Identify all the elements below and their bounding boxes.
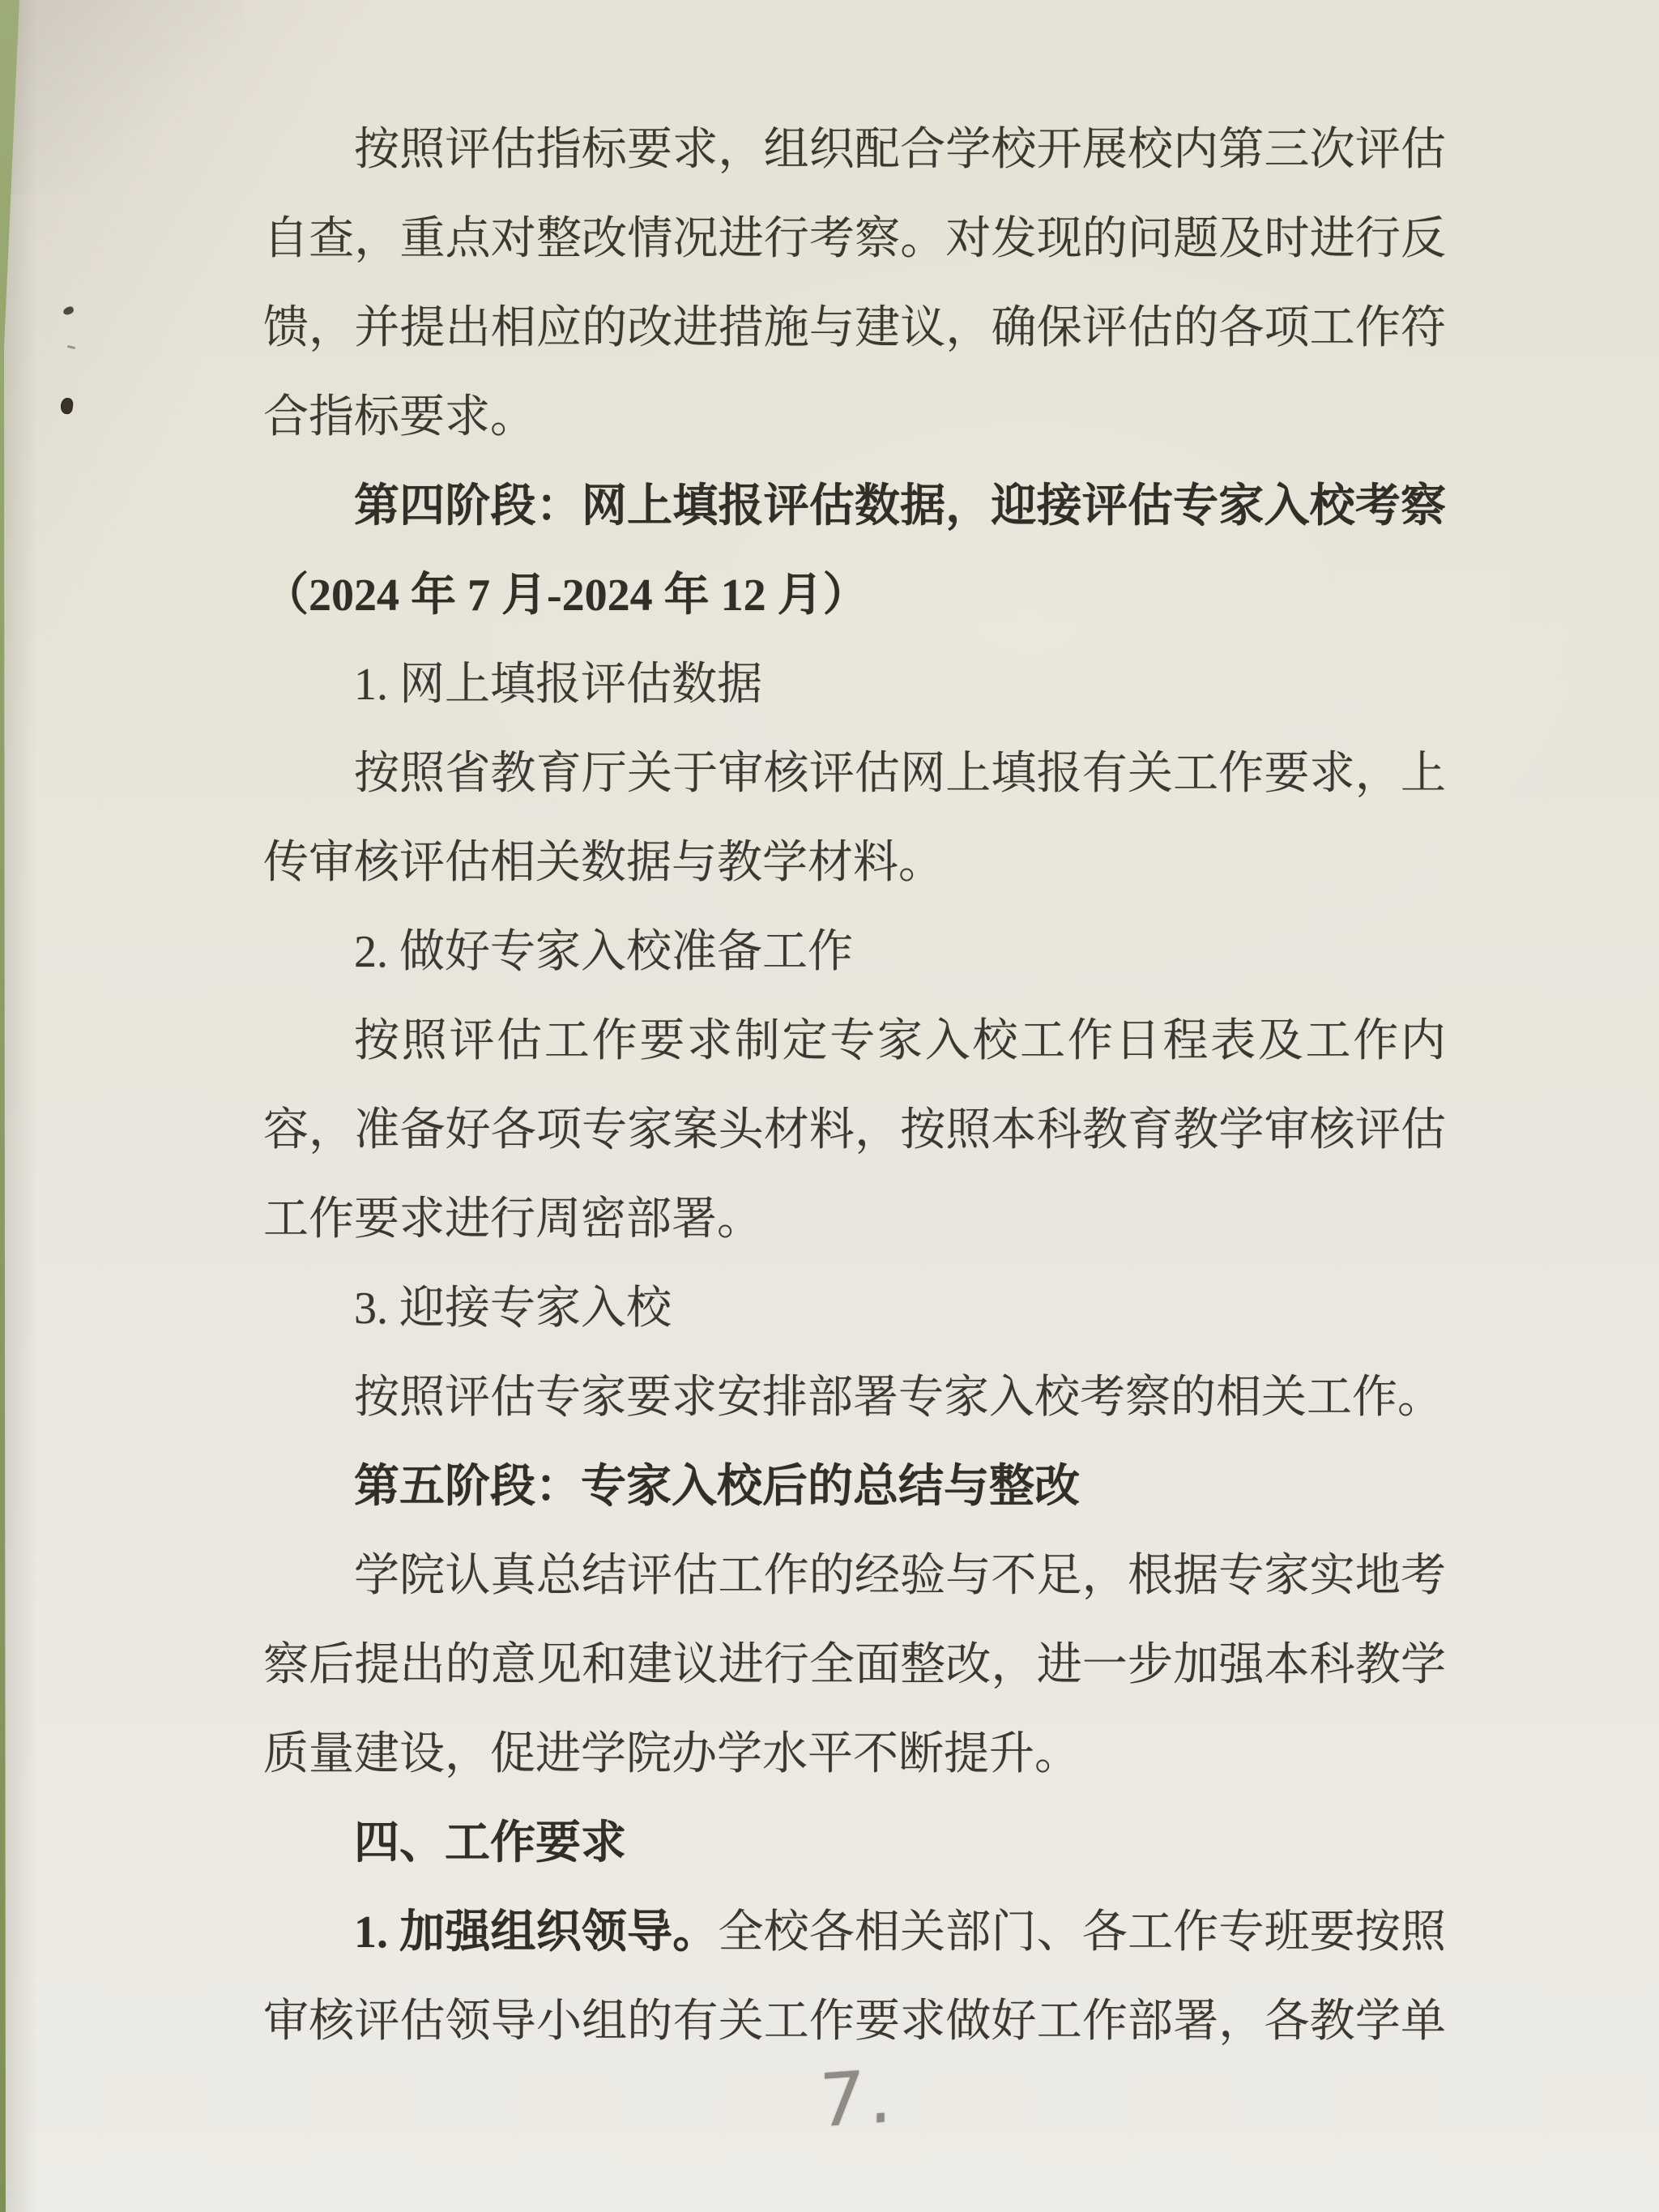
text-segment: 工作要求进行周密部署。 <box>263 1194 762 1245</box>
text-line: 按照评估工作要求制定专家入校工作日程表及工作内 <box>263 997 1446 1086</box>
text-segment: 质量建设，促进学院办学水平不断提升。 <box>263 1729 1080 1779</box>
text-line: 按照省教育厅关于审核评估网上填报有关工作要求，上 <box>263 729 1446 818</box>
text-segment: 全校各相关部门、各工作专班要按照 <box>718 1907 1446 1958</box>
text-line: 学院认真总结评估工作的经验与不足，根据专家实地考 <box>263 1531 1446 1621</box>
bold-text-segment: （2024 年 7 月-2024 年 12 月） <box>263 570 868 621</box>
text-segment: 合指标要求。 <box>263 392 535 442</box>
text-line: 合指标要求。 <box>263 373 1446 462</box>
text-line: 工作要求进行周密部署。 <box>263 1175 1446 1264</box>
text-line: 第四阶段：网上填报评估数据，迎接评估专家入校考察 <box>263 462 1446 551</box>
text-line: 容，准备好各项专家案头材料，按照本科教育教学审核评估 <box>263 1086 1446 1175</box>
text-segment: 传审核评估相关数据与教学材料。 <box>263 838 944 888</box>
text-segment: 1. 网上填报评估数据 <box>354 660 762 710</box>
text-segment: 学院认真总结评估工作的经验与不足，根据专家实地考 <box>354 1551 1446 1601</box>
text-line: 1. 加强组织领导。全校各相关部门、各工作专班要按照 <box>263 1888 1446 1977</box>
text-line: 审核评估领导小组的有关工作要求做好工作部署，各教学单 <box>263 1977 1446 2066</box>
document-text: 按照评估指标要求，组织配合学校开展校内第三次评估自查，重点对整改情况进行考察。对… <box>263 105 1446 2066</box>
text-segment: 按照评估专家要求安排部署专家入校考察的相关工作。 <box>354 1373 1443 1423</box>
text-segment: 按照评估工作要求制定专家入校工作日程表及工作内 <box>354 1016 1446 1066</box>
page-corner-shadow <box>0 0 243 194</box>
text-segment: 容，准备好各项专家案头材料，按照本科教育教学审核评估 <box>263 1105 1446 1155</box>
text-line: 按照评估专家要求安排部署专家入校考察的相关工作。 <box>263 1353 1446 1442</box>
text-line: 3. 迎接专家入校 <box>263 1264 1446 1353</box>
text-line: 察后提出的意见和建议进行全面整改，进一步加强本科教学 <box>263 1621 1446 1710</box>
text-line: 1. 网上填报评估数据 <box>263 640 1446 729</box>
text-segment: 3. 迎接专家入校 <box>354 1283 672 1334</box>
text-segment: 馈，并提出相应的改进措施与建议，确保评估的各项工作符 <box>263 303 1446 353</box>
handwritten-page-number: 7. <box>817 2053 898 2144</box>
ink-spot <box>62 305 75 316</box>
ink-smudge <box>67 345 75 349</box>
text-segment: 审核评估领导小组的有关工作要求做好工作部署，各教学单 <box>263 1996 1446 2047</box>
text-line: 质量建设，促进学院办学水平不断提升。 <box>263 1710 1446 1799</box>
text-segment: 按照评估指标要求，组织配合学校开展校内第三次评估 <box>354 125 1446 175</box>
text-line: （2024 年 7 月-2024 年 12 月） <box>263 551 1446 640</box>
bold-text-segment: 第五阶段：专家入校后的总结与整改 <box>354 1462 1080 1512</box>
text-line: 按照评估指标要求，组织配合学校开展校内第三次评估 <box>263 105 1446 194</box>
text-segment: 察后提出的意见和建议进行全面整改，进一步加强本科教学 <box>263 1640 1446 1690</box>
text-line: 四、工作要求 <box>263 1799 1446 1888</box>
text-segment: 按照省教育厅关于审核评估网上填报有关工作要求，上 <box>354 749 1446 799</box>
ink-spot <box>60 397 74 415</box>
bold-text-segment: 第四阶段：网上填报评估数据，迎接评估专家入校考察 <box>354 481 1446 532</box>
text-line: 自查，重点对整改情况进行考察。对发现的问题及时进行反 <box>263 194 1446 284</box>
text-line: 馈，并提出相应的改进措施与建议，确保评估的各项工作符 <box>263 284 1446 373</box>
document-page: 按照评估指标要求，组织配合学校开展校内第三次评估自查，重点对整改情况进行考察。对… <box>0 0 1659 2212</box>
text-segment: 2. 做好专家入校准备工作 <box>354 927 853 977</box>
bold-text-segment: 1. 加强组织领导。 <box>354 1907 718 1958</box>
text-segment: 自查，重点对整改情况进行考察。对发现的问题及时进行反 <box>263 214 1446 264</box>
bold-text-segment: 四、工作要求 <box>354 1818 626 1868</box>
page-edge-shadow <box>0 0 37 2212</box>
text-line: 2. 做好专家入校准备工作 <box>263 907 1446 997</box>
text-line: 第五阶段：专家入校后的总结与整改 <box>263 1442 1446 1531</box>
text-line: 传审核评估相关数据与教学材料。 <box>263 818 1446 907</box>
